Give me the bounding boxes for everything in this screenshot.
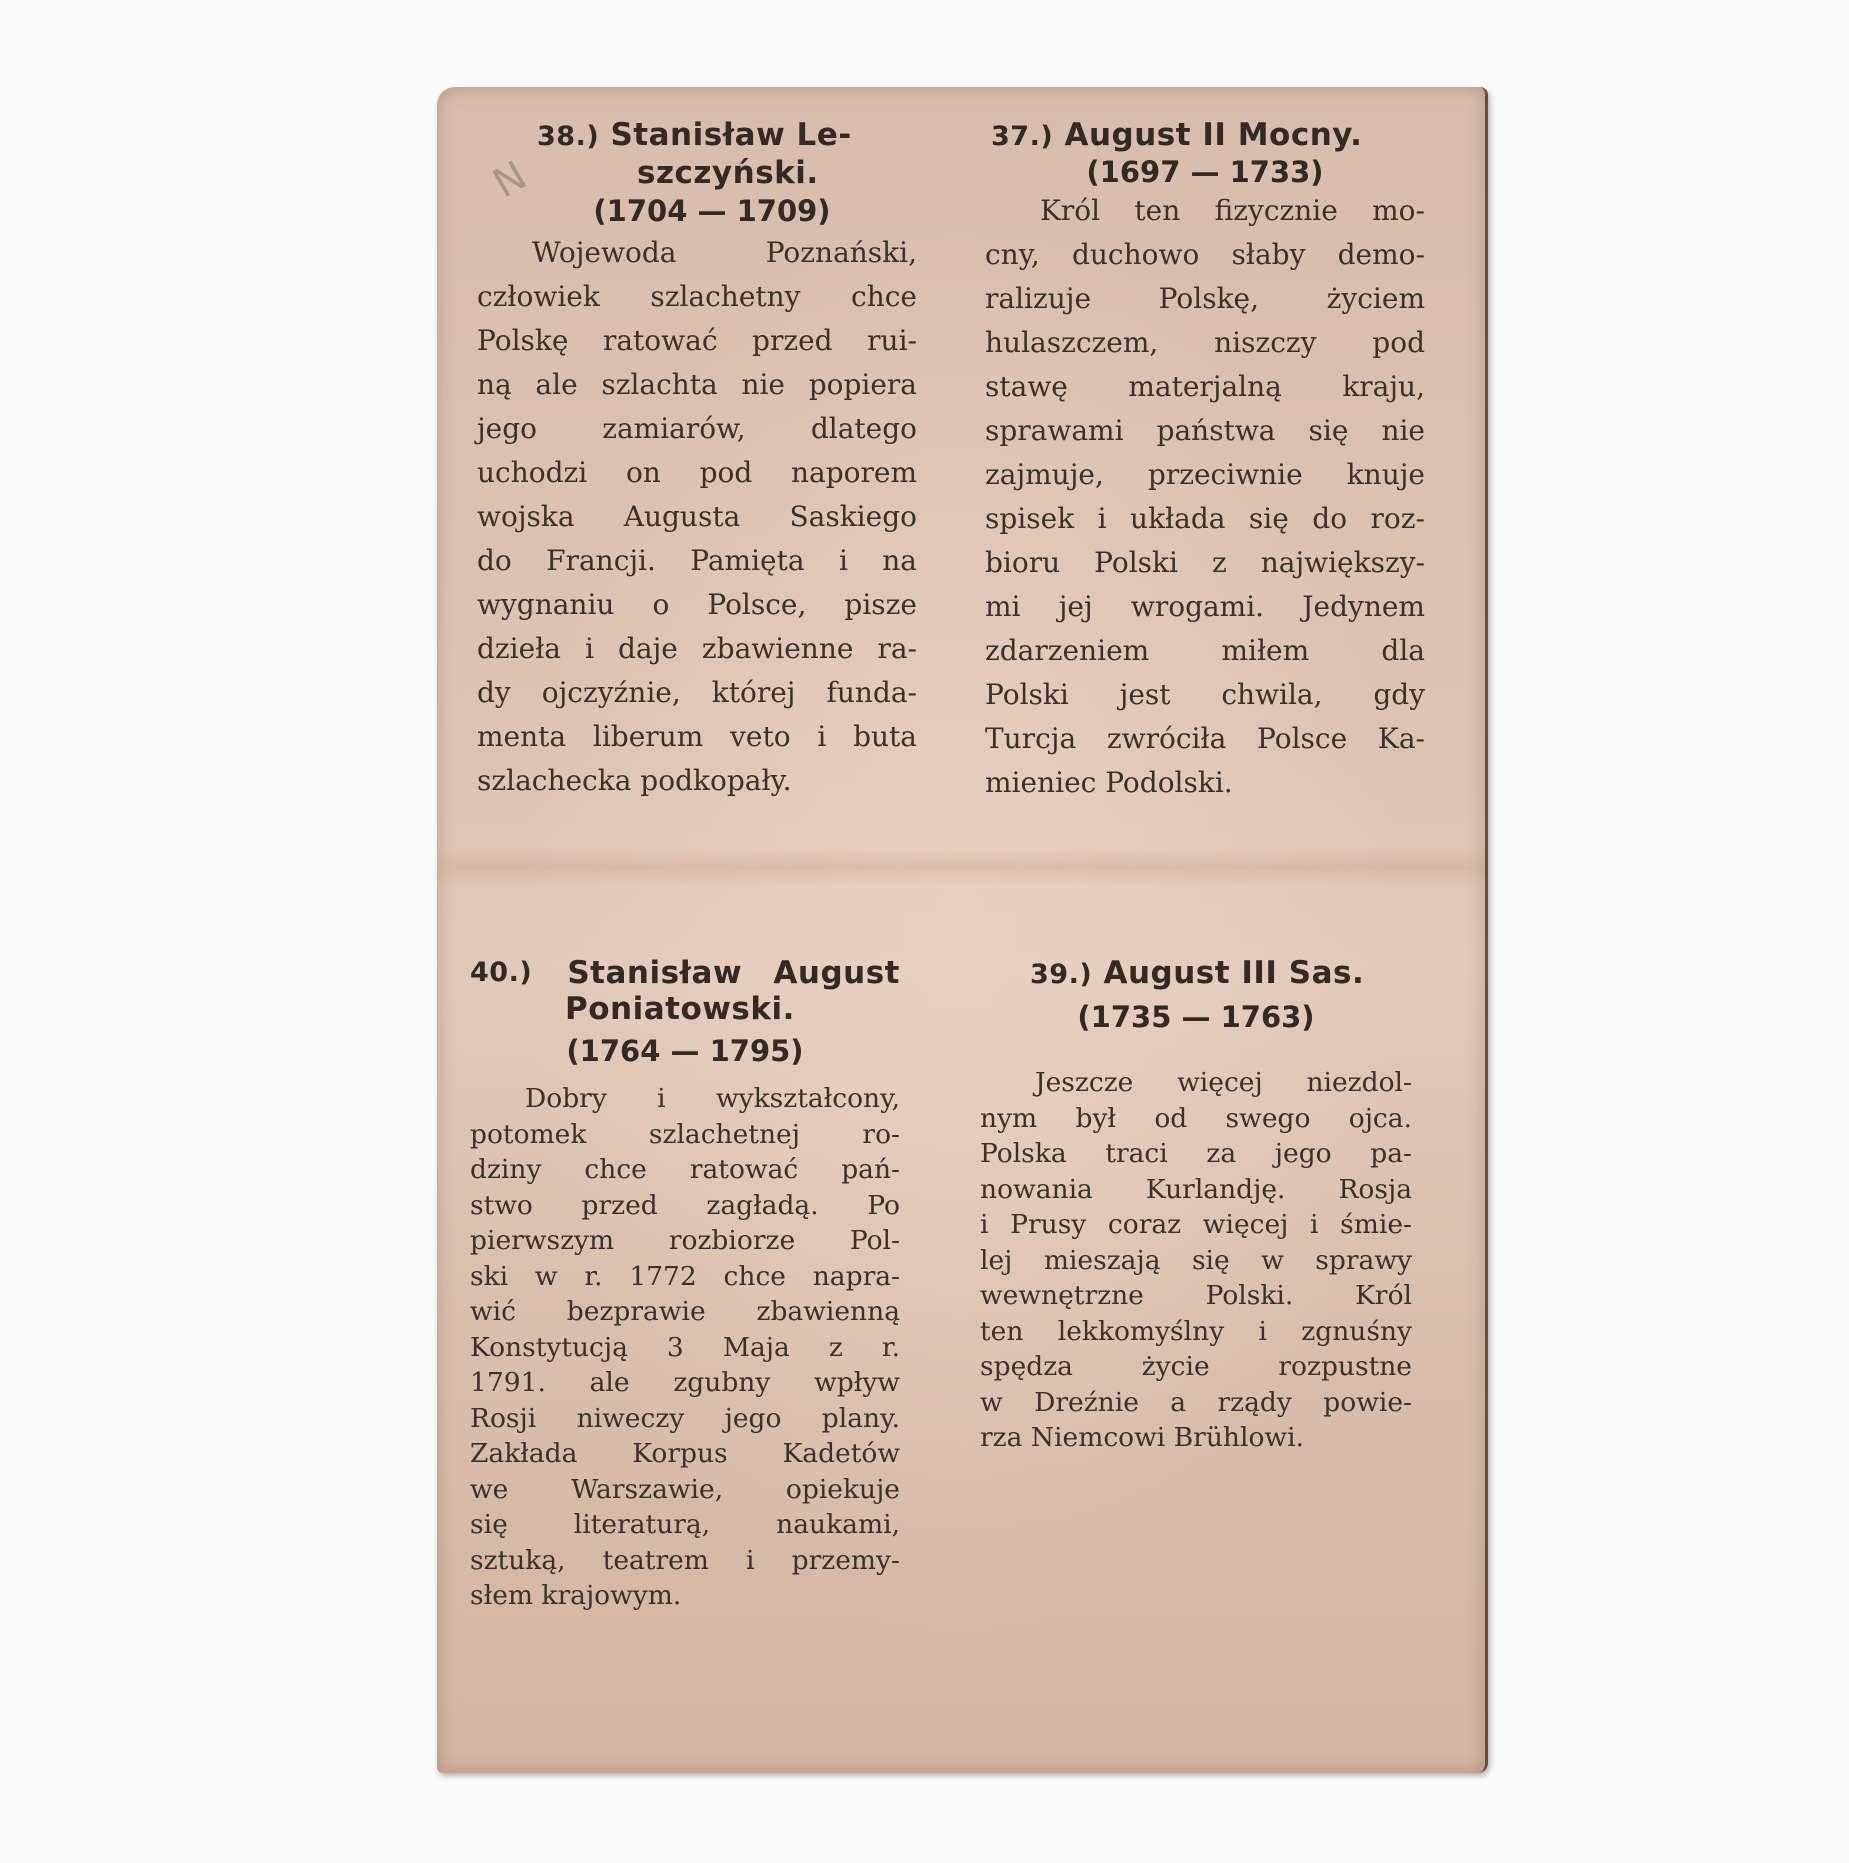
body-line: uchodzi on pod naporem: [477, 451, 917, 495]
body-line: słem krajowym.: [470, 1578, 900, 1614]
entry-title-cont: Poniatowski.: [470, 991, 900, 1027]
body-line: Polskę ratować przed rui-: [477, 319, 917, 363]
body-line: dy ojczyźnie, której funda-: [477, 671, 917, 715]
body-line: zajmuje, przeciwnie knuje: [985, 453, 1425, 497]
body-line: mieniec Podolski.: [985, 761, 1425, 805]
entry-40: 40.) Stanisław August Poniatowski. (1764…: [470, 955, 900, 1614]
body-line: menta liberum veto i buta: [477, 715, 917, 759]
entry-name: August III Sas.: [1103, 955, 1364, 991]
card-fold-crease: [437, 847, 1485, 887]
body-line: zdarzeniem miłem dla: [985, 629, 1425, 673]
body-line: w Dreźnie a rządy powie-: [980, 1385, 1412, 1421]
body-line: ralizuje Polskę, życiem: [985, 277, 1425, 321]
body-line: wewnętrzne Polski. Król: [980, 1278, 1412, 1314]
body-line: Rosji niweczy jego plany.: [470, 1401, 900, 1437]
body-line: nym był od swego ojca.: [980, 1101, 1412, 1137]
body-line: sprawami państwa się nie: [985, 409, 1425, 453]
body-line: hulaszczem, niszczy pod: [985, 321, 1425, 365]
body-line: do Francji. Pamięta i na: [477, 539, 917, 583]
body-line: jego zamiarów, dlatego: [477, 407, 917, 451]
entry-37: 37.) August II Mocny. (1697 — 1733) Król…: [985, 117, 1425, 805]
body-line: ten lekkomyślny i zgnuśny: [980, 1314, 1412, 1350]
entry-number: 38.): [537, 121, 599, 152]
entry-years: (1735 — 1763): [980, 997, 1412, 1037]
body-line: we Warszawie, opiekuje: [470, 1472, 900, 1508]
body-line: się literaturą, naukami,: [470, 1507, 900, 1543]
body-line: Polski jest chwila, gdy: [985, 673, 1425, 717]
body-line: Konstytucją 3 Maja z r.: [470, 1330, 900, 1366]
entry-number: 40.): [470, 955, 532, 991]
body-line: nowania Kurlandję. Rosja: [980, 1172, 1412, 1208]
entry-body: Jeszcze więcej niezdol-nym był od swego …: [980, 1065, 1412, 1456]
entry-body: Wojewoda Poznański,człowiek szlachetny c…: [477, 231, 917, 803]
body-line: dziny chce ratować pań-: [470, 1152, 900, 1188]
body-line: ski w r. 1772 chce napra-: [470, 1259, 900, 1295]
entry-title-cont: szczyński.: [477, 155, 917, 191]
body-line: Jeszcze więcej niezdol-: [980, 1065, 1412, 1101]
body-line: stawę materjalną kraju,: [985, 365, 1425, 409]
body-line: wygnaniu o Polsce, pisze: [477, 583, 917, 627]
entry-title: 37.) August II Mocny.: [985, 117, 1425, 155]
body-line: rza Niemcowi Brühlowi.: [980, 1420, 1412, 1456]
entry-title: 39.) August III Sas.: [980, 955, 1412, 993]
body-line: ną ale szlachta nie popiera: [477, 363, 917, 407]
body-line: spisek i układa się do roz-: [985, 497, 1425, 541]
body-line: wić bezprawie zbawienną: [470, 1294, 900, 1330]
body-line: 1791. ale zgubny wpływ: [470, 1365, 900, 1401]
body-line: szlachecka podkopały.: [477, 759, 917, 803]
body-line: spędza życie rozpustne: [980, 1349, 1412, 1385]
entry-years: (1764 — 1795): [470, 1031, 900, 1071]
body-line: i Prusy coraz więcej i śmie-: [980, 1207, 1412, 1243]
entry-38: 38.) Stanisław Le- szczyński. (1704 — 17…: [477, 117, 917, 803]
entry-39: 39.) August III Sas. (1735 — 1763) Jeszc…: [980, 955, 1412, 1456]
entry-years: (1704 — 1709): [477, 191, 917, 231]
body-line: człowiek szlachetny chce: [477, 275, 917, 319]
body-line: sztuką, teatrem i przemy-: [470, 1543, 900, 1579]
body-line: Dobry i wykształcony,: [470, 1081, 900, 1117]
body-line: lej mieszają się w sprawy: [980, 1243, 1412, 1279]
entry-body: Dobry i wykształcony,potomek szlachetnej…: [470, 1081, 900, 1614]
historical-card: N 38.) Stanisław Le- szczyński. (1704 — …: [437, 87, 1488, 1773]
body-line: mi jej wrogami. Jedynem: [985, 585, 1425, 629]
entry-body: Król ten fizycznie mo-cny, duchowo słaby…: [985, 189, 1425, 805]
entry-name-cont: szczyński.: [637, 155, 819, 191]
entry-name: Stanisław Le-: [610, 117, 851, 153]
body-line: Król ten fizycznie mo-: [985, 189, 1425, 233]
body-line: pierwszym rozbiorze Pol-: [470, 1223, 900, 1259]
body-line: Turcja zwróciła Polsce Ka-: [985, 717, 1425, 761]
entry-years: (1697 — 1733): [985, 155, 1425, 189]
entry-number: 39.): [1030, 959, 1092, 990]
body-line: dzieła i daje zbawienne ra-: [477, 627, 917, 671]
entry-name: August II Mocny.: [1064, 117, 1362, 153]
body-line: potomek szlachetnej ro-: [470, 1117, 900, 1153]
body-line: Zakłada Korpus Kadetów: [470, 1436, 900, 1472]
body-line: Wojewoda Poznański,: [477, 231, 917, 275]
body-line: cny, duchowo słaby demo-: [985, 233, 1425, 277]
body-line: Polska traci za jego pa-: [980, 1136, 1412, 1172]
entry-name: Stanisław August: [567, 955, 900, 991]
body-line: bioru Polski z największy-: [985, 541, 1425, 585]
body-line: stwo przed zagładą. Po: [470, 1188, 900, 1224]
entry-title: 40.) Stanisław August: [470, 955, 900, 991]
body-line: wojska Augusta Saskiego: [477, 495, 917, 539]
entry-number: 37.): [991, 121, 1053, 152]
entry-title: 38.) Stanisław Le-: [477, 117, 917, 155]
entry-name-cont: Poniatowski.: [565, 991, 795, 1027]
